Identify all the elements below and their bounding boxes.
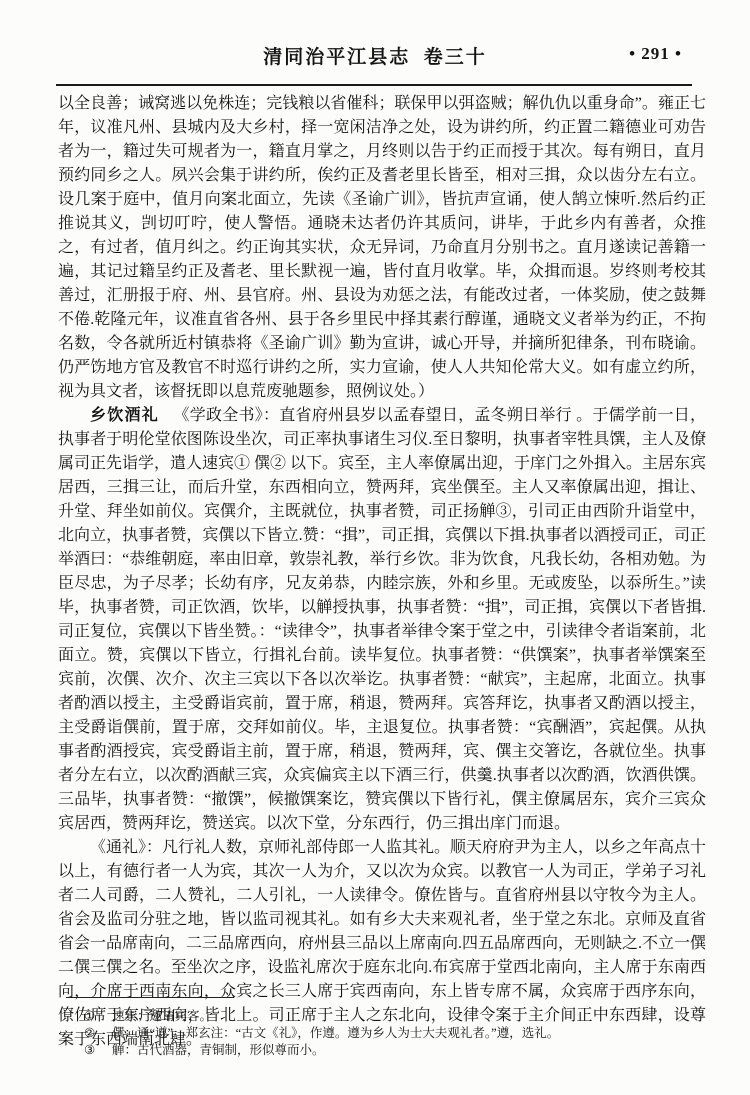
footnote-text: 僎：通“遵”。郑玄注：“古文《礼》，作遵。遵为乡人为士大夫观礼者。”遵，选礼。 (112, 1025, 684, 1042)
footnote-item: ② 僎：通“遵”。郑玄注：“古文《礼》，作遵。遵为乡人为士大夫观礼者。”遵，选礼… (84, 1025, 684, 1042)
footnote-text: 觯：古代酒器，青铜制，形似尊而小。 (112, 1042, 684, 1059)
footnote-item: ① 速宾：邀请宾客。 (84, 1008, 684, 1025)
scanned-book-page: 清同治平江县志 卷三十 • 291 • 以全良善；诫窝逃以免株连；完钱粮以省催科… (0, 0, 750, 1095)
paragraph-continuation: 以全良善；诫窝逃以免株连；完钱粮以省催科；联保甲以弭盗贼；解仇仇以重身命”。雍正… (58, 92, 706, 404)
footnote-text: 速宾：邀请宾客。 (112, 1008, 684, 1025)
body-text: 以全良善；诫窝逃以免株连；完钱粮以省催科；联保甲以弭盗贼；解仇仇以重身命”。雍正… (58, 92, 706, 1052)
footnote-list: ① 速宾：邀请宾客。 ② 僎：通“遵”。郑玄注：“古文《礼》，作遵。遵为乡人为士… (84, 1008, 684, 1059)
footnote-marker: ② (84, 1025, 112, 1042)
paragraph-text: 以全良善；诫窝逃以免株连；完钱粮以省催科；联保甲以弭盗贼；解仇仇以重身命”。雍正… (58, 95, 706, 400)
footnote-divider (66, 997, 234, 998)
footnote-marker: ① (84, 1008, 112, 1025)
section-title: 乡饮酒礼 (90, 407, 159, 424)
book-title: 清同治平江县志 卷三十 (58, 42, 692, 69)
header-rule (56, 84, 692, 86)
paragraph-xiangyin-jiuli: 乡饮酒礼《学政全书》：直省府州县岁以孟春望日，孟冬朔日举行 。于儒学前一日，执事… (58, 404, 706, 836)
footnote-item: ③ 觯：古代酒器，青铜制，形似尊而小。 (84, 1042, 684, 1059)
page-header: 清同治平江县志 卷三十 • 291 • (58, 42, 692, 76)
paragraph-text: 《学政全书》：直省府州县岁以孟春望日，孟冬朔日举行 。于儒学前一日，执事者于明伦… (58, 407, 706, 832)
footnote-marker: ③ (84, 1042, 112, 1059)
page-number: • 291 • (629, 44, 682, 64)
